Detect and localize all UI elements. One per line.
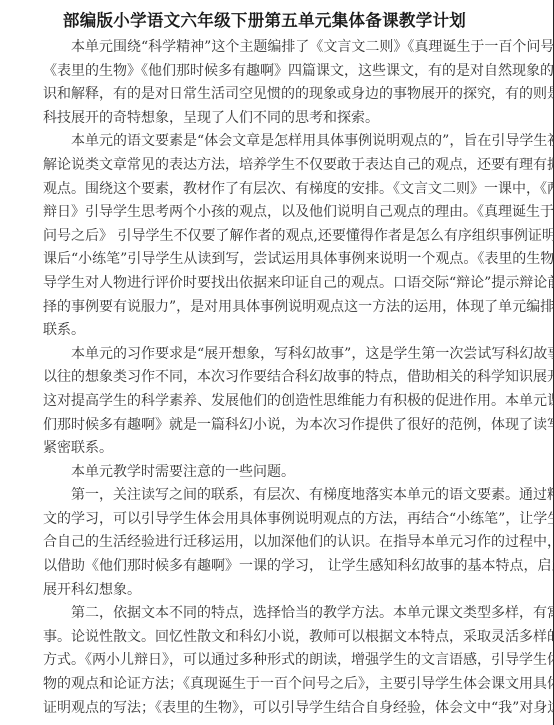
paragraph-intro: 本单元围绕“科学精神”这个主题编排了《文言文二则》《真理诞生于一百个问号之后》 … — [43, 36, 486, 130]
text-line: 本单元的习作要求是“展开想象，写科幻故事”，这是学生第一次尝试写科幻故事。与 — [43, 343, 486, 367]
text-line: 导学生对人物进行评价时要找出依据来印证自己的观点。口语交际“辩论”提示辩论前“选 — [43, 272, 486, 296]
paragraph-issue-second: 第二，依据文本不同的特点，选择恰当的教学方法。本单元课文类型多样，有寓言故 事。… — [43, 602, 486, 720]
text-line: 观点。围绕这个要素，教材作了有层次、有梯度的安排。《文言文二则》一课中，《两小儿 — [43, 178, 486, 202]
text-line: 《表里的生物》《他们那时候多有趣啊》四篇课文，这些课文，有的是对自然现象的独特认 — [43, 60, 486, 84]
text-line: 识和解释，有的是对日常生活司空见惯的的现象或身边的事物展开的探究，有的则是对未来 — [43, 83, 486, 107]
text-line: 联系。 — [43, 319, 486, 343]
text-line: 展开科幻想象。 — [43, 579, 486, 603]
paragraph-issues-heading: 本单元教学时需要注意的一些问题。 — [43, 461, 486, 485]
text-line: 以借助《他们那时候多有趣啊》一课的学习， 让学生感知科幻故事的基本特点，启发学生 — [43, 555, 486, 579]
text-line: 本单元教学时需要注意的一些问题。 — [43, 461, 486, 485]
text-line: 辩日》引导学生思考两个小孩的观点，以及他们说明自己观点的理由。《真理诞生于一百个 — [43, 201, 486, 225]
text-line: 这对提高学生的科学素养、发展他们的创造性思维能力有积极的促进作用。本单元课文《他 — [43, 390, 486, 414]
text-line: 以往的想象类习作不同，本次习作要结合科幻故事的特点，借助相关的科学知识展开想象， — [43, 366, 486, 390]
document-page: 部编版小学语文六年级下册第五单元集体备课教学计划 本单元围绕“科学精神”这个主题… — [43, 8, 486, 720]
text-line: 方式。《两小儿辩日》，可以通过多种形式的朗读，增强学生的文言语感，引导学生体会人 — [43, 649, 486, 673]
text-line: 证明观点的写法；《表里的生物》，可以引导学生结合自身经验，体会文中“我”对身边现 — [43, 697, 486, 721]
document-title: 部编版小学语文六年级下册第五单元集体备课教学计划 — [43, 8, 486, 34]
text-line: 本单元围绕“科学精神”这个主题编排了《文言文二则》《真理诞生于一百个问号之后》 — [43, 36, 486, 60]
text-line: 第一，关注读写之间的联系，有层次、有梯度地落实本单元的语文要素。通过精读课 — [43, 484, 486, 508]
text-line: 科技展开的奇特想象，呈现了人们不同的思考和探索。 — [43, 107, 486, 131]
text-line: 第二，依据文本不同的特点，选择恰当的教学方法。本单元课文类型多样，有寓言故 — [43, 602, 486, 626]
text-line: 紧密联系。 — [43, 437, 486, 461]
text-line: 问号之后》 引导学生不仅要了解作者的观点,还要懂得作者是怎么有序组织事例证明观点… — [43, 225, 486, 249]
paragraph-writing-requirements: 本单元的习作要求是“展开想象，写科幻故事”，这是学生第一次尝试写科幻故事。与 以… — [43, 343, 486, 461]
text-line: 本单元的语文要素是“体会文章是怎样用具体事例说明观点的”，旨在引导学生初步了 — [43, 130, 486, 154]
paragraph-language-elements: 本单元的语文要素是“体会文章是怎样用具体事例说明观点的”，旨在引导学生初步了 解… — [43, 130, 486, 342]
text-line: 们那时候多有趣啊》就是一篇科幻小说，为本次习作提供了很好的范例，体现了读写之间的 — [43, 414, 486, 438]
text-line: 合自己的生活经验进行迁移运用，以加深他们的认识。在指导本单元习作的过程中，也可 — [43, 531, 486, 555]
text-line: 择的事例要有说服力”，是对用具体事例说明观点这一方法的运用，体现了单元编排的有机 — [43, 296, 486, 320]
paragraph-issue-first: 第一，关注读写之间的联系，有层次、有梯度地落实本单元的语文要素。通过精读课 文的… — [43, 484, 486, 602]
text-line: 文的学习，可以引导学生体会用具体事例说明观点的方法，再结合“小练笔”，让学生结 — [43, 508, 486, 532]
text-line: 事。论说性散文。回忆性散文和科幻小说，教师可以根据文本特点，采取灵活多样的教学 — [43, 626, 486, 650]
text-line: 课后“小练笔”引导学生从读到写，尝试运用具体事例来说明一个观点。《表里的生物》引 — [43, 248, 486, 272]
text-line: 物的观点和论证方法；《真现诞生于一百个问号之后》，主要引导学生体会课文用具体事例 — [43, 673, 486, 697]
text-line: 解论说类文章常见的表达方法，培养学生不仅要敢于表达自己的观点，还要有理有据地论证 — [43, 154, 486, 178]
